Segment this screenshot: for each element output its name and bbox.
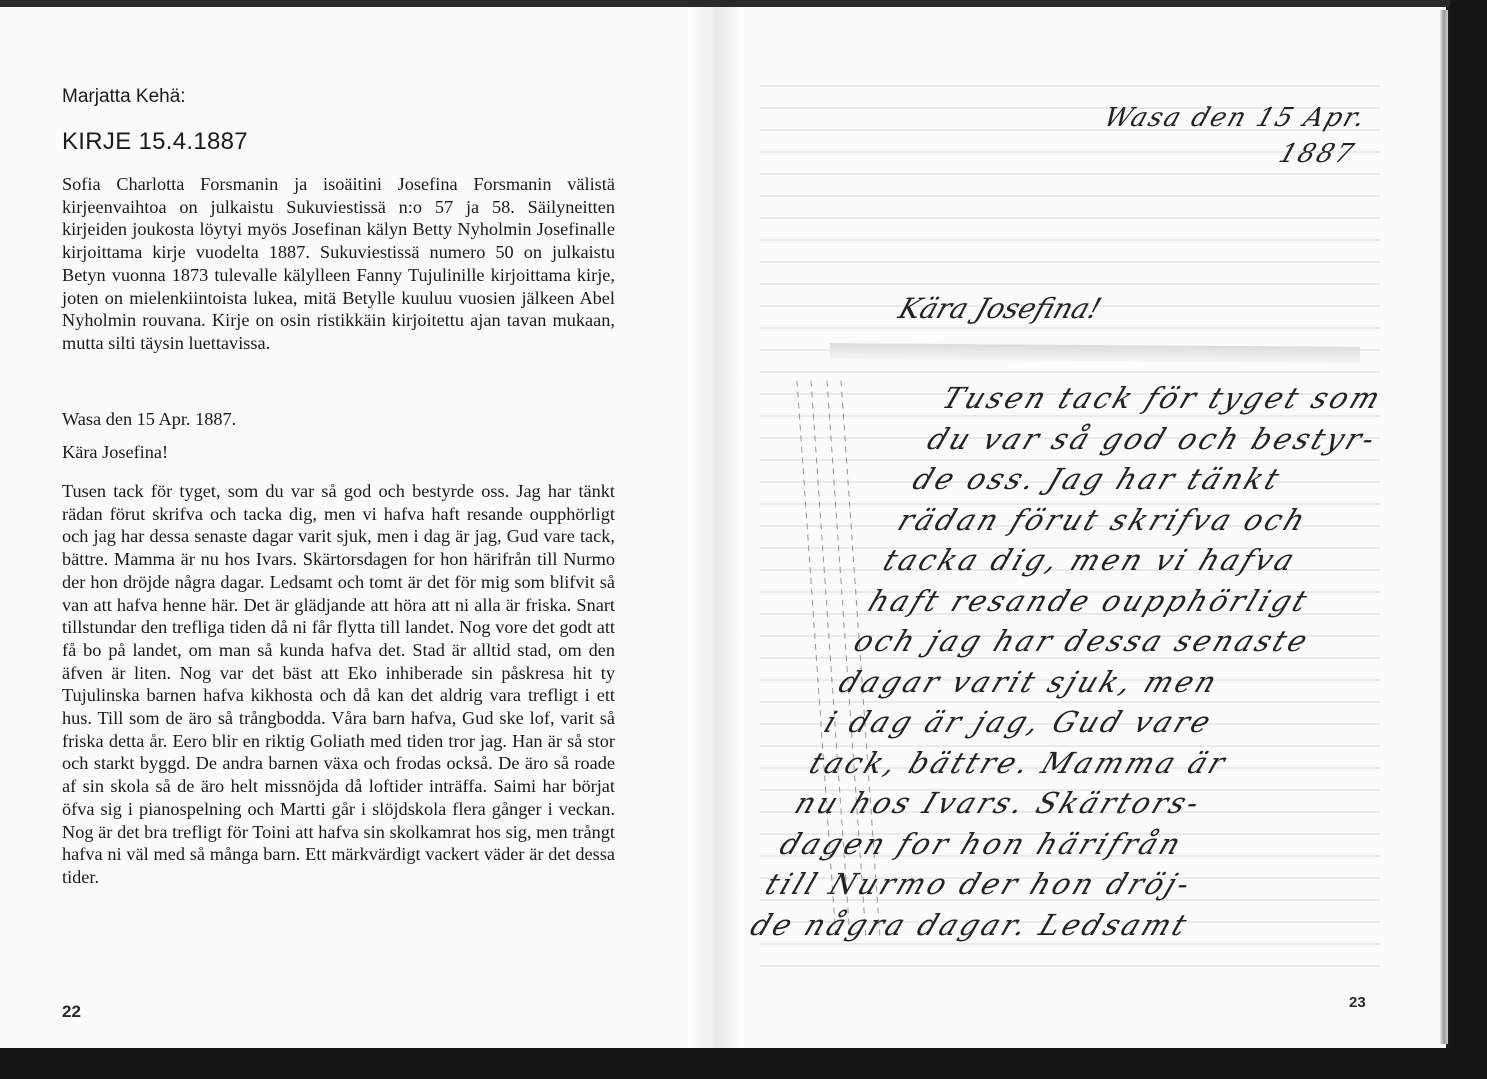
intro-paragraph: Sofia Charlotta Forsmanin ja isoäitini J…: [62, 173, 615, 355]
handwriting-line: dagar varit sjuk, men: [833, 662, 1358, 703]
facsimile-year: 1887: [868, 136, 1360, 172]
page-number-right: 23: [1349, 994, 1366, 1011]
letter-body: Tusen tack för tyget, som du var så god …: [62, 480, 615, 889]
letter-salutation: Kära Josefina!: [62, 441, 615, 464]
page-edge: [1440, 10, 1448, 1044]
handwriting-line: du var så god och bestyr-: [922, 419, 1447, 460]
handwriting-line: och jag har dessa senaste: [848, 621, 1373, 662]
handwriting-line: tack, bättre. Mamma är: [804, 743, 1329, 784]
scanner-border-right: [1450, 0, 1487, 1079]
article-author: Marjatta Kehä:: [62, 86, 186, 108]
handwriting-line: dagen for hon härifrån: [774, 824, 1299, 865]
facsimile-dateline: Wasa den 15 Apr.: [880, 100, 1372, 136]
handwriting-line: nu hos Ivars. Skärtors-: [789, 783, 1314, 824]
facsimile-salutation: Kära Josefina!: [895, 292, 1106, 325]
facsimile-header: Wasa den 15 Apr. 1887: [868, 100, 1371, 172]
handwriting-line: till Nurmo der hon dröj-: [760, 864, 1285, 905]
handwriting-line: rädan förut skrifva och: [892, 500, 1417, 541]
handwriting-line: de några dagar. Ledsamt: [745, 905, 1270, 946]
handwriting-line: i dag är jag, Gud vare: [819, 702, 1344, 743]
letter-dateline: Wasa den 15 Apr. 1887.: [62, 408, 615, 431]
book-gutter: [690, 7, 740, 1048]
handwriting-line: haft resande oupphörligt: [863, 581, 1388, 622]
handwriting-line: Tusen tack för tyget som: [936, 378, 1461, 419]
handwriting-line: de oss. Jag har tänkt: [907, 459, 1432, 500]
scanner-border-top: [0, 0, 1487, 7]
article-title: KIRJE 15.4.1887: [62, 128, 248, 156]
scanner-border-bottom: [0, 1048, 1487, 1079]
handwriting-line: tacka dig, men vi hafva: [877, 540, 1402, 581]
page-number-left: 22: [62, 1002, 81, 1022]
